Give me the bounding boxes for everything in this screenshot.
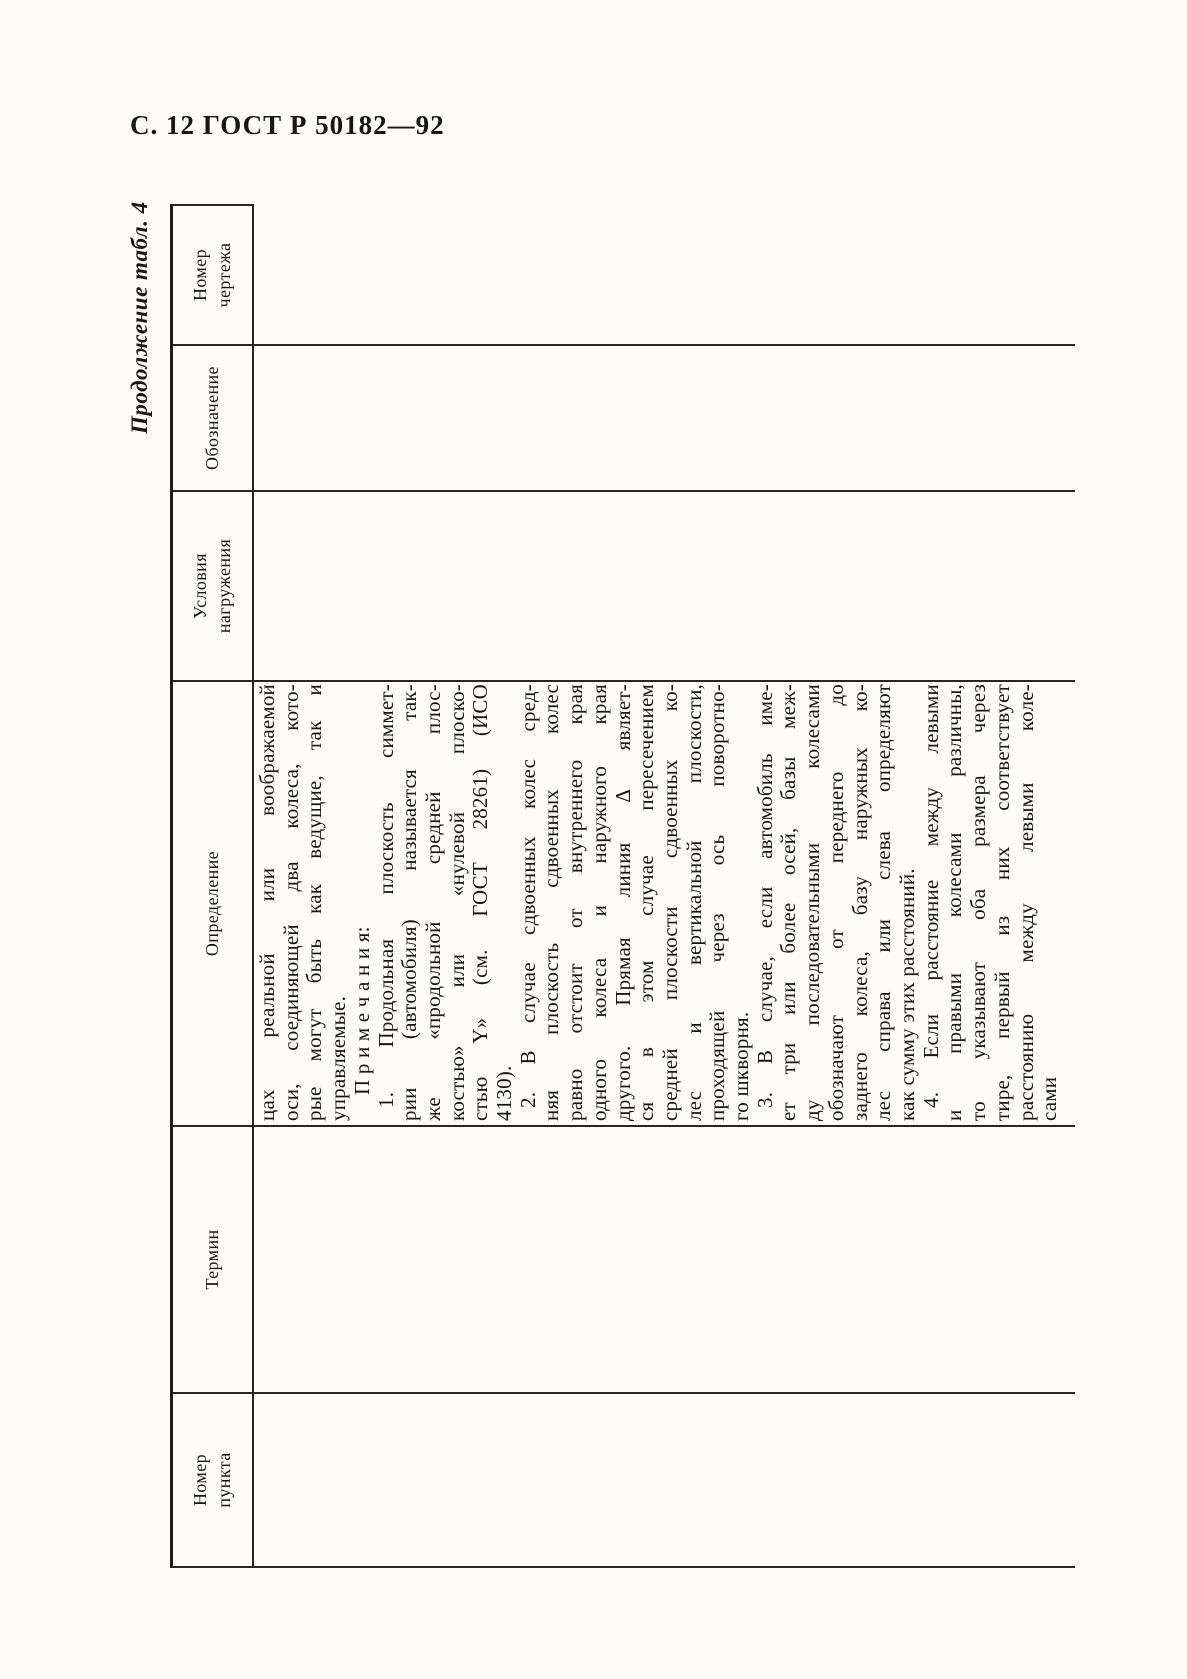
definition-line: то указывают оба размера через	[967, 684, 991, 1121]
definition-line: равно отстоит от внутреннего края	[564, 684, 588, 1121]
definition-line: тире, первый из них соответствует	[991, 684, 1015, 1121]
definition-line: цах реальной или воображаемой	[256, 684, 280, 1121]
definition-paragraph: 3. В случае, если автомобиль име-ет три …	[754, 684, 920, 1121]
definition-line: ду последовательными колесами	[801, 684, 825, 1121]
table-caption: Продолжение табл. 4	[127, 190, 157, 434]
body-cell-drawing-number	[254, 204, 1075, 344]
continuation-table: Номер пункта Термин Определение Условия …	[170, 206, 1072, 1568]
definition-line: заднего колеса, базу наружных ко-	[849, 684, 873, 1121]
body-cell-term	[254, 1125, 1075, 1392]
definition-line: и правыми колесами различны,	[943, 684, 967, 1121]
definition-line: оси, соединяющей два колеса, кото-	[280, 684, 304, 1121]
page-header: С. 12 ГОСТ Р 50182—92	[130, 110, 445, 141]
definition-line: обозначают от переднего до	[825, 684, 849, 1121]
definition-line: управляемые.	[327, 684, 351, 1121]
definition-line: проходящей через ось поворотно-	[706, 684, 730, 1121]
definition-line: го шкворня.	[730, 684, 754, 1121]
definition-paragraph: цах реальной или воображаемойоси, соедин…	[256, 684, 351, 1121]
definition-line: рии (автомобиля) называется так-	[398, 684, 422, 1121]
definition-paragraph: 2. В случае сдвоенных колес сред-няя пло…	[517, 684, 754, 1121]
table-grid: Номер пункта Термин Определение Условия …	[170, 204, 1075, 1568]
definition-line: 3. В случае, если автомобиль име-	[754, 684, 778, 1121]
definition-line: одного колеса и наружного края	[588, 684, 612, 1121]
definition-line: расстоянию между левыми коле-	[1015, 684, 1039, 1121]
definition-line: средней плоскости сдвоенных ко-	[659, 684, 683, 1121]
body-cell-designation	[254, 344, 1075, 490]
definition-line: 1. Продольная плоскость симмет-	[375, 684, 399, 1121]
definition-line: сами	[1038, 684, 1062, 1121]
body-cell-definition: цах реальной или воображаемойоси, соедин…	[254, 680, 1075, 1125]
definition-line: лес и вертикальной плоскости,	[683, 684, 707, 1121]
definition-paragraph: 4. Если расстояние между левымии правыми…	[920, 684, 1062, 1121]
definition-line: как сумму этих расстояний.	[896, 684, 920, 1121]
header-cell-drawing-number: Номер чертежа	[173, 204, 254, 344]
definition-line: лес справа или слева определяют	[872, 684, 896, 1121]
definition-line: 4130).	[493, 684, 517, 1121]
definition-line: няя плоскость сдвоенных колес	[540, 684, 564, 1121]
scanned-document-page: С. 12 ГОСТ Р 50182—92 Продолжение табл. …	[0, 0, 1187, 1679]
definition-line: П р и м е ч а н и я:	[351, 684, 375, 1121]
definition-line: 4. Если расстояние между левыми	[920, 684, 944, 1121]
body-cell-item-number	[254, 1392, 1075, 1566]
header-cell-definition: Определение	[173, 680, 254, 1125]
definition-line: рые могут быть как ведущие, так и	[303, 684, 327, 1121]
header-cell-designation: Обозначение	[173, 344, 254, 490]
body-cell-load-conditions	[254, 490, 1075, 680]
definition-line: другого. Прямая линия Δ являет-	[612, 684, 636, 1121]
definition-line: костью» или «нулевой плоско-	[446, 684, 470, 1121]
definition-line: 2. В случае сдвоенных колес сред-	[517, 684, 541, 1121]
header-cell-load-conditions: Условия нагружения	[173, 490, 254, 680]
header-cell-item-number: Номер пункта	[173, 1392, 254, 1566]
definition-paragraph: П р и м е ч а н и я:	[351, 684, 375, 1121]
header-cell-term: Термин	[173, 1125, 254, 1392]
definition-line: ся в этом случае пересечением	[635, 684, 659, 1121]
definition-line: ет три или более осей, базы меж-	[777, 684, 801, 1121]
definition-line: стью Y» (см. ГОСТ 28261) (ИСО	[469, 684, 493, 1121]
definition-line: же «продольной средней плос-	[422, 684, 446, 1121]
definition-paragraph: 1. Продольная плоскость симмет-рии (авто…	[375, 684, 517, 1121]
